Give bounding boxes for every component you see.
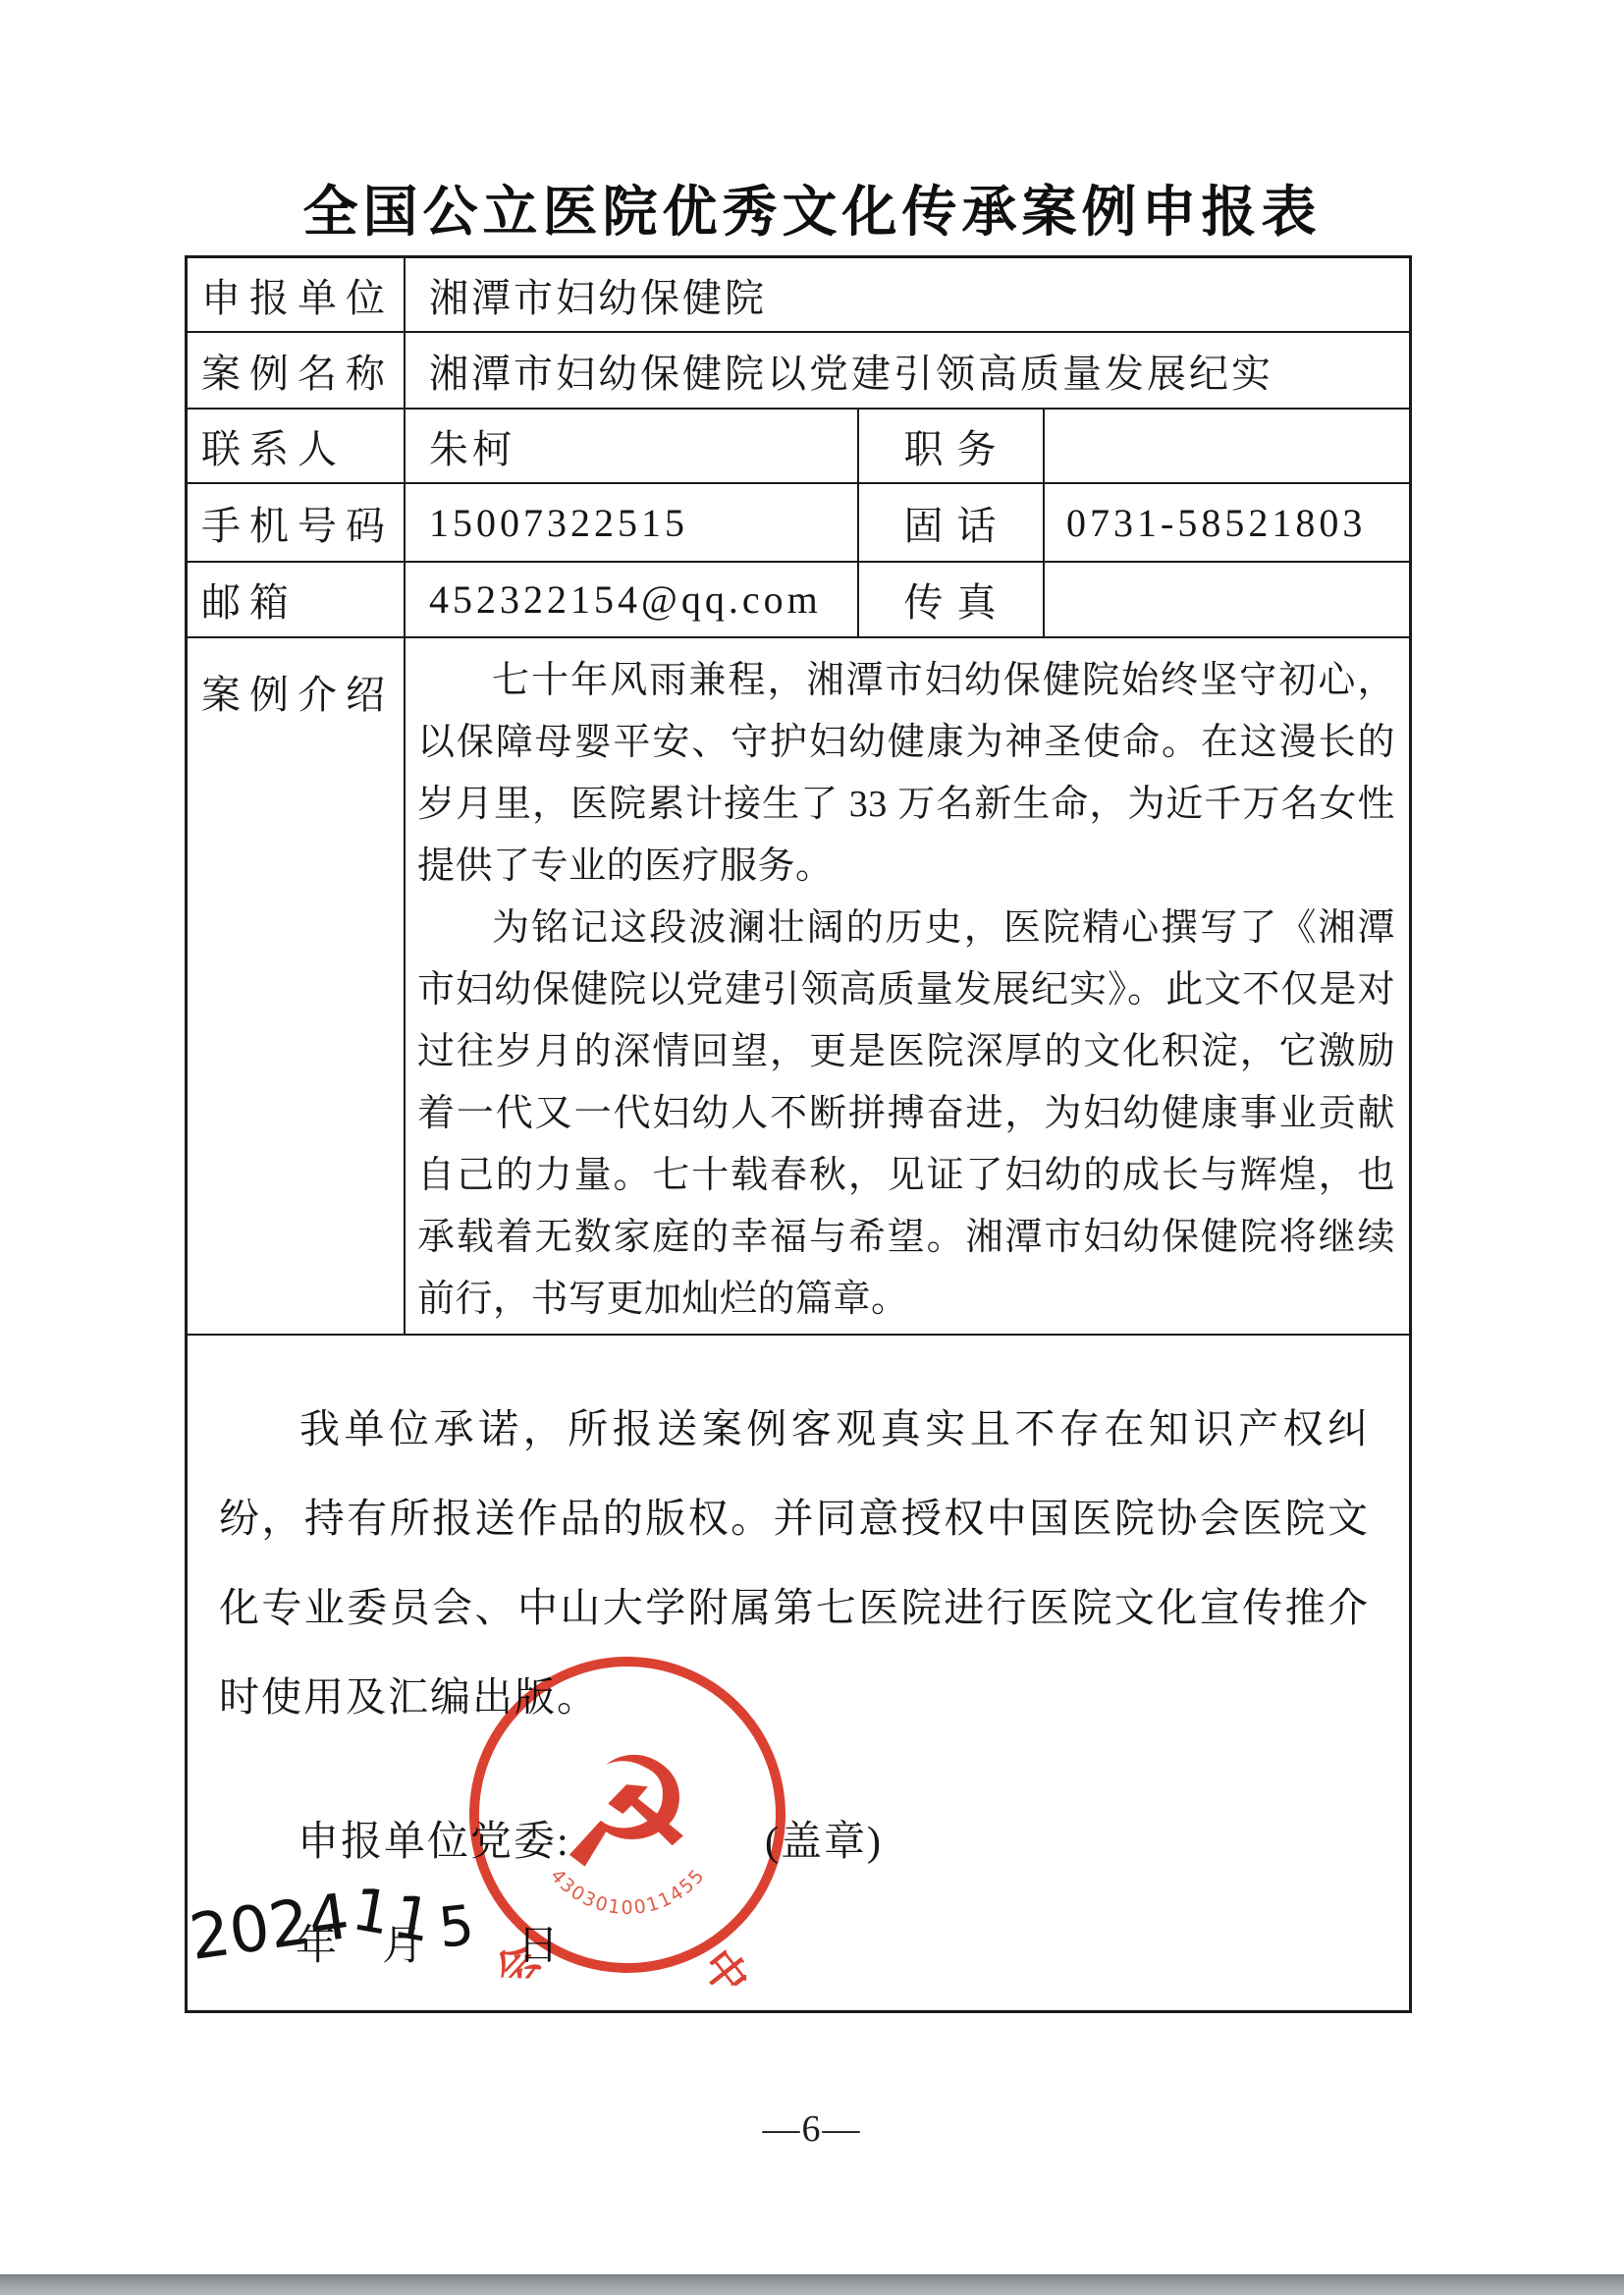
field-value-position (1045, 410, 1409, 482)
official-red-seal: 中共湘潭市妇幼保健院委员会 ☭ 4303010011455 (455, 1642, 800, 1988)
field-label-position: 职务 (859, 410, 1045, 482)
case-intro-paragraph-1: 七十年风雨兼程，湘潭市妇幼保健院始终坚守初心，以保障母婴平安、守护妇幼健康为神圣… (417, 650, 1395, 898)
field-label-case-name: 案例名称 (188, 333, 406, 408)
table-row: 申报单位 湘潭市妇幼保健院 (188, 258, 1409, 333)
field-label-case-intro: 案例介绍 (188, 638, 406, 1334)
field-value-landline: 0731-58521803 (1045, 484, 1409, 561)
field-value-fax (1045, 563, 1409, 636)
table-row: 联系人 朱柯 职务 (188, 410, 1409, 484)
field-value-applicant-unit: 湘潭市妇幼保健院 (406, 258, 1409, 331)
page-number: —6— (0, 2107, 1624, 2151)
application-form-table: 申报单位 湘潭市妇幼保健院 案例名称 湘潭市妇幼保健院以党建引领高质量发展纪实 … (185, 255, 1412, 2013)
date-unit-month: 月 (382, 1913, 423, 1972)
table-row-case-intro: 案例介绍 七十年风雨兼程，湘潭市妇幼保健院始终坚守初心，以保障母婴平安、守护妇幼… (188, 638, 1409, 1336)
field-value-email: 452322154@qq.com (406, 563, 859, 636)
field-label-fax: 传真 (859, 563, 1045, 636)
scan-edge-shadow (0, 2274, 1624, 2295)
seal-ring-text: 中共湘潭市妇幼保健院委员会 (455, 1931, 784, 1987)
case-intro-text: 七十年风雨兼程，湘潭市妇幼保健院始终坚守初心，以保障母婴平安、守护妇幼健康为神圣… (406, 638, 1409, 1334)
field-value-mobile: 15007322515 (406, 484, 859, 561)
table-row: 手机号码 15007322515 固话 0731-58521803 (188, 484, 1409, 563)
field-label-mobile: 手机号码 (188, 484, 406, 561)
table-row: 邮箱 452322154@qq.com 传真 (188, 563, 1409, 638)
field-label-landline: 固话 (859, 484, 1045, 561)
case-intro-paragraph-2: 为铭记这段波澜壮阔的历史，医院精心撰写了《湘潭市妇幼保健院以党建引领高质量发展纪… (417, 898, 1395, 1331)
document-page: 全国公立医院优秀文化传承案例申报表 申报单位 湘潭市妇幼保健院 案例名称 湘潭市… (0, 0, 1624, 2295)
page-title: 全国公立医院优秀文化传承案例申报表 (0, 169, 1624, 247)
date-unit-year: 年 (296, 1913, 337, 1972)
field-label-contact: 联系人 (188, 410, 406, 482)
table-row: 案例名称 湘潭市妇幼保健院以党建引领高质量发展纪实 (188, 333, 1409, 410)
field-value-contact: 朱柯 (406, 410, 859, 482)
table-row-declaration: 我单位承诺，所报送案例客观真实且不存在知识产权纠纷，持有所报送作品的版权。并同意… (188, 1336, 1409, 2010)
field-value-case-name: 湘潭市妇幼保健院以党建引领高质量发展纪实 (406, 333, 1409, 408)
field-label-email: 邮箱 (188, 563, 406, 636)
field-label-applicant-unit: 申报单位 (188, 258, 406, 331)
